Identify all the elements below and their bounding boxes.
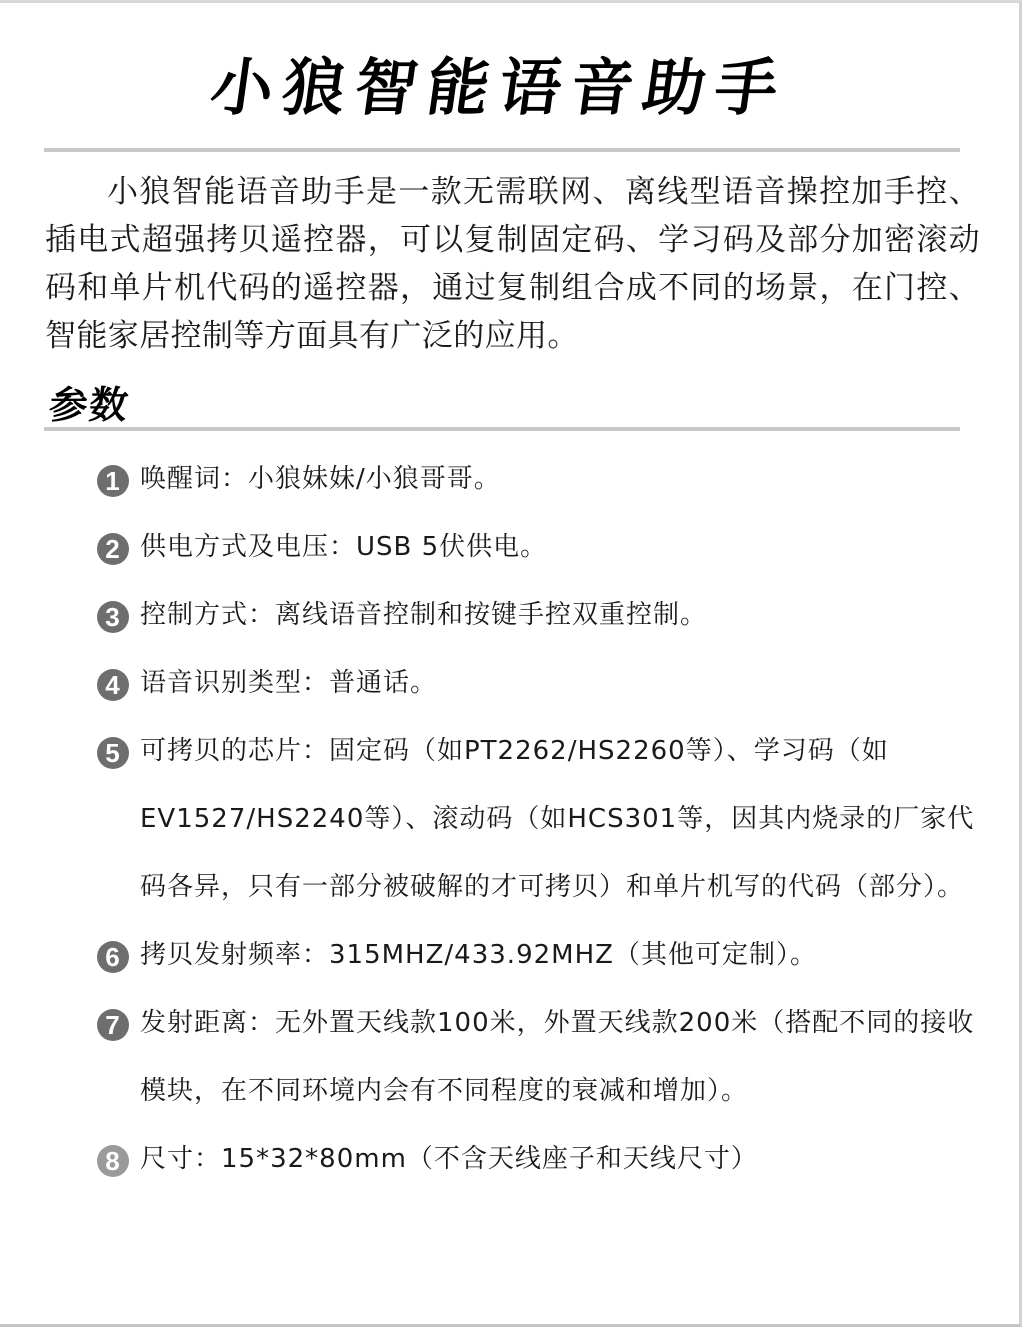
param-text: 唤醒词：小狼妹妹/小狼哥哥。 (140, 464, 501, 494)
number-7-icon: 7 (97, 1009, 129, 1041)
param-item-control: 3 控制方式：离线语音控制和按键手控双重控制。 (97, 581, 977, 649)
title-divider (44, 148, 960, 152)
number-1-icon: 1 (97, 465, 129, 497)
number-6-icon: 6 (97, 941, 129, 973)
param-text: 控制方式：离线语音控制和按键手控双重控制。 (140, 600, 707, 630)
params-divider (44, 427, 960, 431)
number-8-icon: 8 (97, 1145, 129, 1177)
param-text: 拷贝发射频率：315MHZ/433.92MHZ（其他可定制）。 (140, 940, 817, 970)
param-text: 发射距离：无外置天线款100米，外置天线款200米（搭配不同的接收模块，在不同环… (140, 1008, 974, 1106)
intro-paragraph: 小狼智能语音助手是一款无需联网、离线型语音操控加手控、插电式超强拷贝遥控器，可以… (45, 168, 980, 360)
param-text: 供电方式及电压：USB 5伏供电。 (140, 532, 547, 562)
param-item-wake-word: 1 唤醒词：小狼妹妹/小狼哥哥。 (97, 445, 977, 513)
param-item-chips: 5 可拷贝的芯片：固定码（如PT2262/HS2260等）、学习码（如EV152… (97, 717, 977, 921)
param-text: 语音识别类型：普通话。 (140, 668, 437, 698)
param-item-frequency: 6 拷贝发射频率：315MHZ/433.92MHZ（其他可定制）。 (97, 921, 977, 989)
param-item-size: 8 尺寸：15*32*80mm（不含天线座子和天线尺寸） (97, 1125, 977, 1193)
param-text: 尺寸：15*32*80mm（不含天线座子和天线尺寸） (140, 1144, 758, 1174)
page-title: 小狼智能语音助手 (0, 38, 1006, 127)
number-4-icon: 4 (97, 669, 129, 701)
number-2-icon: 2 (97, 533, 129, 565)
number-5-icon: 5 (97, 737, 129, 769)
params-section-title: 参数 (46, 374, 134, 429)
param-item-power: 2 供电方式及电压：USB 5伏供电。 (97, 513, 977, 581)
param-text: 可拷贝的芯片：固定码（如PT2262/HS2260等）、学习码（如EV1527/… (140, 736, 974, 902)
param-item-distance: 7 发射距离：无外置天线款100米，外置天线款200米（搭配不同的接收模块，在不… (97, 989, 977, 1125)
params-list: 1 唤醒词：小狼妹妹/小狼哥哥。 2 供电方式及电压：USB 5伏供电。 3 控… (97, 445, 977, 1193)
param-item-recognition: 4 语音识别类型：普通话。 (97, 649, 977, 717)
number-3-icon: 3 (97, 601, 129, 633)
